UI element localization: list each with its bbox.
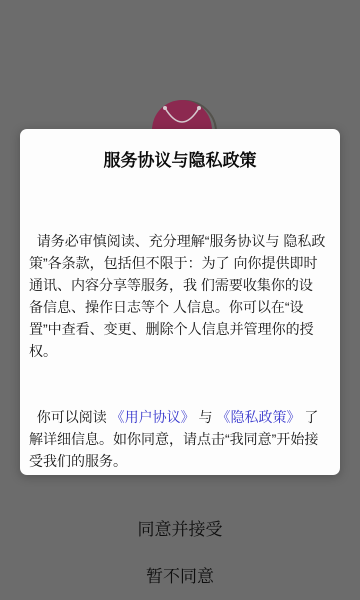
user-agreement-link[interactable]: 《用户协议》 (111, 409, 195, 425)
agree-accept-button[interactable]: 同意并接受 (20, 518, 340, 542)
logo-handle-dot-right-icon (197, 106, 201, 110)
dialog-body: 请务必审慎阅读、充分理解“服务协议与 隐私政 策”各条款，包括但不限于：为了 向… (29, 186, 331, 516)
body-paragraph-1: 请务必审慎阅读、充分理解“服务协议与 隐私政 策”各条款，包括但不限于：为了 向… (29, 230, 331, 362)
dialog-title: 服务协议与隐私政策 (30, 149, 330, 173)
paragraph-2-middle: 与 (195, 409, 217, 425)
paragraph-2-prefix: 你可以阅读 (29, 409, 111, 425)
app-screen: { "background": { "scrim_color": "#6c6c6… (0, 0, 360, 600)
privacy-consent-dialog: 服务协议与隐私政策 请务必审慎阅读、充分理解“服务协议与 隐私政 策”各条款，包… (20, 129, 340, 475)
logo-handle-dot-left-icon (163, 106, 167, 110)
privacy-policy-link[interactable]: 《隐私政策》 (216, 409, 300, 425)
body-paragraph-2: 你可以阅读 《用户协议》 与 《隐私政策》 了 解详细信息。如你同意，请点击“我… (29, 406, 331, 472)
disagree-button[interactable]: 暂不同意 (20, 565, 340, 589)
